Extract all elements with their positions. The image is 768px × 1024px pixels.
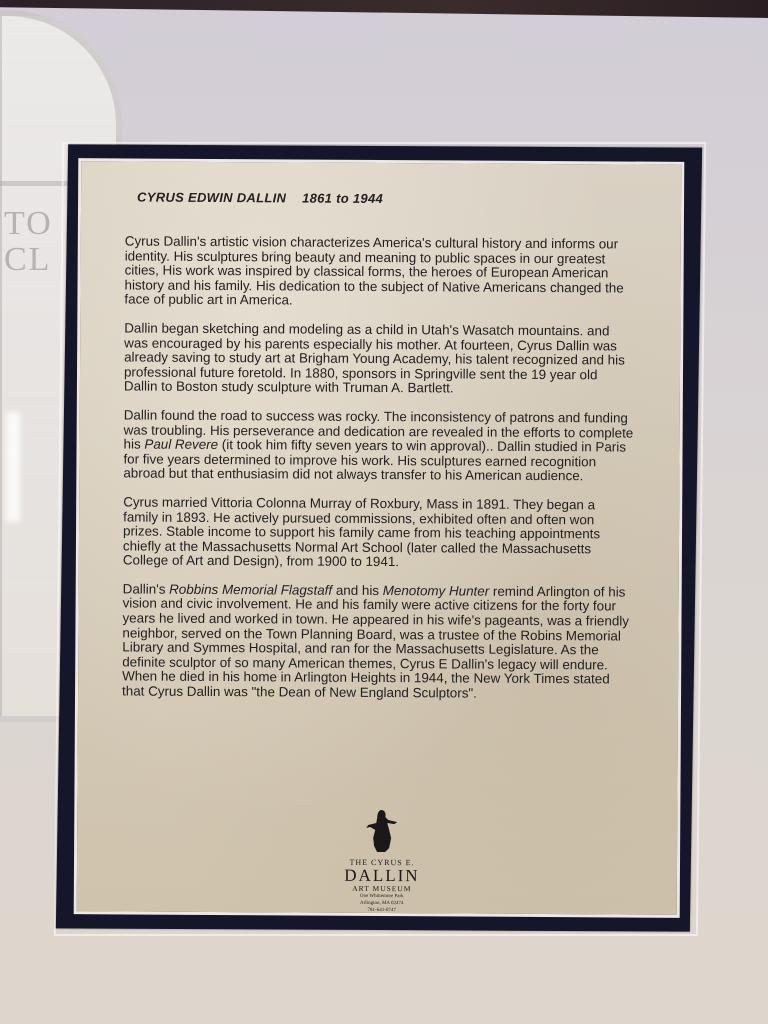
- horse-and-rider-sculpture-icon: [364, 808, 400, 854]
- reflection-text: TO CL: [4, 206, 53, 278]
- logo-line-2: DALLIN: [327, 867, 437, 885]
- paragraph-5-text: and his: [332, 583, 383, 598]
- artwork-title-paul-revere: Paul Revere: [144, 437, 218, 452]
- artwork-title-menotomy-hunter: Menotomy Hunter: [383, 583, 490, 599]
- paragraph-2: Dallin began sketching and modeling as a…: [124, 321, 634, 397]
- light-glare: [6, 412, 20, 522]
- logo-phone: 781-641-0747: [327, 907, 437, 915]
- paragraph-5-text: remind Arlington of his vision and civic…: [122, 584, 629, 701]
- museum-logo: THE CYRUS E. DALLIN ART MUSEUM One Whitt…: [327, 808, 438, 915]
- placard-paper: CYRUS EDWIN DALLIN 1861 to 1944 Cyrus Da…: [74, 158, 685, 918]
- placard-title: CYRUS EDWIN DALLIN 1861 to 1944: [137, 190, 635, 208]
- paragraph-4: Cyrus married Vittoria Colonna Murray of…: [123, 495, 633, 571]
- paragraph-5: Dallin's Robbins Memorial Flagstaff and …: [122, 582, 633, 702]
- reflection-text-line: CL: [4, 242, 53, 278]
- paragraph-5-text: Dallin's: [123, 581, 170, 596]
- paragraph-1: Cyrus Dallin's artistic vision character…: [124, 234, 634, 310]
- reflection-text-line: TO: [4, 206, 53, 242]
- title-years: 1861 to 1944: [302, 191, 383, 206]
- window-mullion-vertical: [0, 16, 2, 716]
- artwork-title-flagstaff: Robbins Memorial Flagstaff: [169, 582, 332, 598]
- paragraph-3: Dallin found the road to success was roc…: [123, 408, 633, 484]
- placard-content: CYRUS EDWIN DALLIN 1861 to 1944 Cyrus Da…: [122, 189, 635, 716]
- title-name: CYRUS EDWIN DALLIN: [137, 190, 286, 206]
